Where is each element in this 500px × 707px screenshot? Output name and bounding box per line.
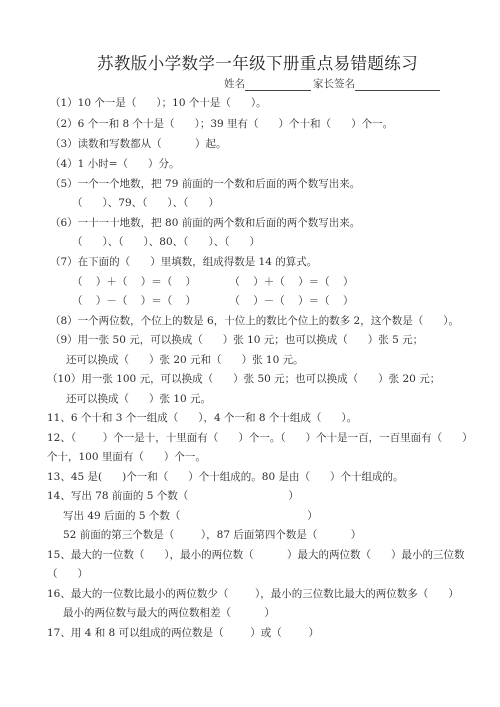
question-line: （3）读数和写数都从（ ）起。 — [50, 137, 227, 151]
question-line: （5）一个一个地数，把 79 前面的一个数和后面的两个数写出来。 — [50, 177, 360, 191]
question-line: 还可以换成（ ）张 10 元。 — [66, 392, 211, 406]
question-line: （ ）、79、（ ）、（ ） — [72, 196, 219, 210]
question-line: （9）用一张 50 元，可以换成（ ）张 10 元；也可以换成（ ）张 5 元； — [50, 333, 423, 347]
question-line: 52 前面的第三个数是（ ），87 后面第四个数是（ ） — [63, 528, 361, 542]
question-line: （6）一十一十地数，把 80 前面的两个数和后面的两个数写出来。 — [50, 216, 360, 230]
name-field[interactable] — [245, 78, 311, 91]
question-line: （ ）＋（ ）＝（ ） （ ）＋（ ）＝（ ） — [72, 275, 353, 289]
parent-signature-label: 家长签名 — [313, 76, 355, 91]
question-line: （ ）、（ ）、80、（ ）、（ ） — [72, 235, 260, 249]
question-line: （4）1 小时=（ ）分。 — [50, 157, 180, 171]
question-line: 14、写出 78 前面的 5 个数（ ） — [47, 489, 299, 503]
question-line: 16、最大的一位数比最小的两位数少（ ），最小的三位数比最大的两位数多（ ） — [47, 587, 459, 601]
question-line: 13、45 是( )个一和（ ）个十组成的。80 是由（ ）个十组成的。 — [47, 470, 404, 484]
worksheet-title: 苏教版小学数学一年级下册重点易错题练习 — [97, 50, 418, 74]
name-label: 姓名 — [224, 76, 245, 91]
question-line: （ ）－（ ）＝（ ） （ ）－（ ）＝（ ） — [72, 294, 353, 308]
parent-signature-field[interactable] — [355, 78, 440, 91]
question-line: （7）在下面的（ ）里填数，组成得数是 14 的算式。 — [50, 255, 317, 269]
signature-row: 姓名 家长签名 — [224, 76, 442, 91]
question-line: （1）10 个一是（ ）；10 个十是（ ）。 — [50, 96, 267, 110]
question-line: 12、（ ）个一是十，十里面有（ ）个一。（ ）个十是一百，一百里面有（ ） — [47, 431, 473, 445]
question-line: （2）6 个一和 8 个十是（ ）；39 里有（ ）个十和（ ）个一。 — [50, 117, 393, 131]
question-line: 写出 49 后面的 5 个数（ ） — [63, 509, 318, 523]
question-line: （10）用一张 100 元，可以换成（ ）张 50 元；也可以换成（ ）张 20… — [47, 372, 440, 386]
question-line: （8）一个两位数，个位上的数是 6，十位上的数比个位上的数多 2，这个数是（ ）… — [50, 314, 459, 328]
question-line: 15、最大的一位数（ ），最小的两位数（ ）最大的两位数（ ）最小的三位数 — [47, 548, 465, 562]
question-line: 11、6 个十和 3 个一组成（ ），4 个一和 8 个十组成（ ）。 — [47, 411, 357, 425]
question-line: 最小的两位数与最大的两位数相差（ ） — [63, 606, 275, 620]
question-line: 17、用 4 和 8 可以组成的两位数是（ ）或（ ） — [47, 626, 319, 640]
question-line: 个十，100 里面有（ ）个一。 — [47, 450, 206, 464]
question-line: （ ） — [47, 567, 88, 581]
question-line: 还可以换成（ ）张 20 元和（ ）张 10 元。 — [66, 353, 304, 367]
